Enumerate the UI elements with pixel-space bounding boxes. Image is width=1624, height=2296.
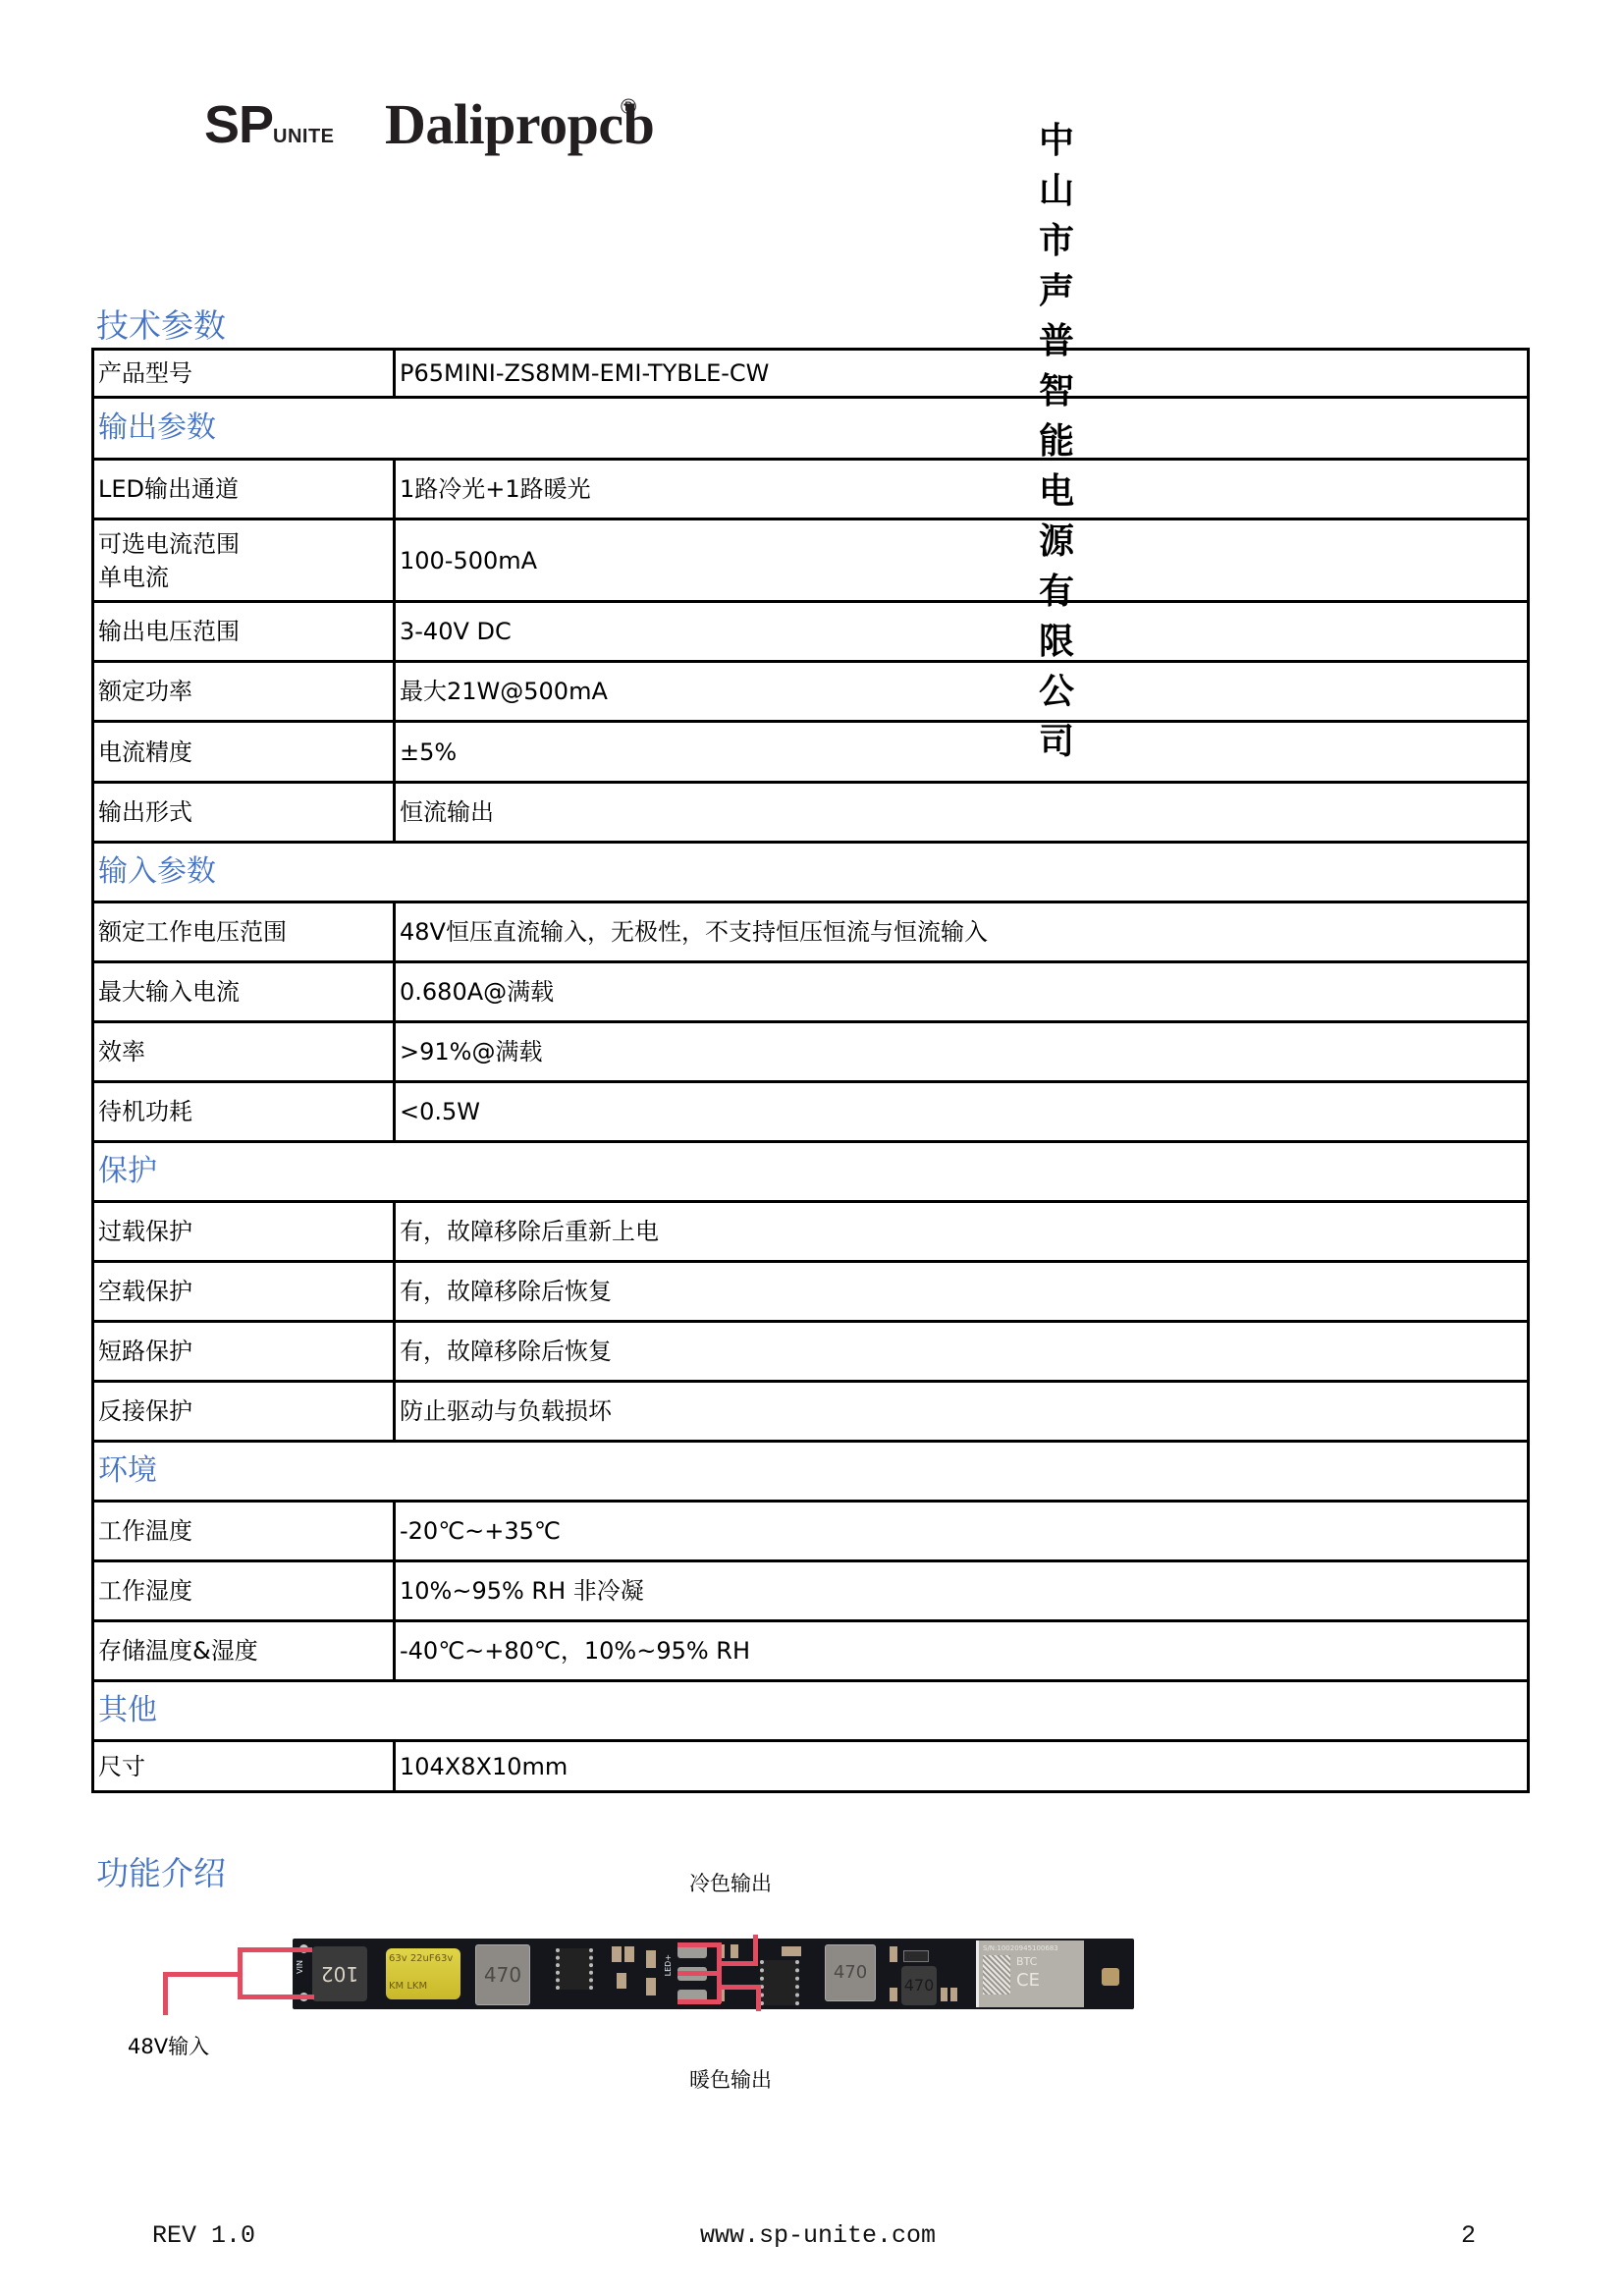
spec-value: 有，故障移除后重新上电 bbox=[395, 1202, 1529, 1262]
spec-value: 防止驱动与负载损坏 bbox=[395, 1382, 1529, 1442]
group-title: 输出参数 bbox=[93, 398, 1529, 460]
input-annotation-line bbox=[238, 1995, 314, 1999]
group-header-protection: 保护 bbox=[93, 1142, 1529, 1202]
group-header-other: 其他 bbox=[93, 1681, 1529, 1741]
spec-value: >91%@满载 bbox=[395, 1022, 1529, 1082]
warm-output-label: 暖色输出 bbox=[689, 2064, 772, 2094]
table-row: 反接保护 防止驱动与负载损坏 bbox=[93, 1382, 1529, 1442]
input-annotation-line bbox=[238, 1947, 312, 1952]
spec-value: ±5% bbox=[395, 722, 1529, 783]
table-row: 工作温度 -20℃~+35℃ bbox=[93, 1502, 1529, 1561]
spec-value: 48V恒压直流输入，无极性，不支持恒压恒流与恒流输入 bbox=[395, 902, 1529, 962]
spec-value: -40℃~+80℃，10%~95% RH bbox=[395, 1621, 1529, 1681]
vin-silk: VIN bbox=[296, 1960, 309, 1974]
smd-component bbox=[617, 1973, 626, 1989]
diode bbox=[903, 1950, 929, 1962]
table-row: 可选电流范围 单电流 100-500mA bbox=[93, 519, 1529, 602]
table-row: 存储温度&湿度 -40℃~+80℃，10%~95% RH bbox=[93, 1621, 1529, 1681]
table-row: LED输出通道 1路冷光+1路暖光 bbox=[93, 460, 1529, 519]
logo-unite: UNITE bbox=[273, 126, 335, 148]
spec-label: 反接保护 bbox=[93, 1382, 395, 1442]
smd-component bbox=[624, 1946, 634, 1962]
logo-sp: SP bbox=[204, 98, 273, 151]
spec-value: 10%~95% RH 非冷凝 bbox=[395, 1561, 1529, 1621]
group-title: 环境 bbox=[93, 1442, 1529, 1502]
table-row: 输出电压范围 3-40V DC bbox=[93, 602, 1529, 662]
table-row: 电流精度 ±5% bbox=[93, 722, 1529, 783]
module-brand: BTC bbox=[1016, 1955, 1040, 1968]
group-header-environment: 环境 bbox=[93, 1442, 1529, 1502]
spec-value: 有，故障移除后恢复 bbox=[395, 1322, 1529, 1382]
output-annotation-line bbox=[677, 1999, 721, 2004]
ce-mark-icon: CE bbox=[1016, 1970, 1040, 1991]
warm-output-line bbox=[756, 1985, 761, 2011]
table-row: 额定功率 最大21W@500mA bbox=[93, 662, 1529, 722]
spec-label: 待机功耗 bbox=[93, 1082, 395, 1142]
smd-component bbox=[890, 1988, 897, 2001]
group-title: 输入参数 bbox=[93, 843, 1529, 902]
spec-value: <0.5W bbox=[395, 1082, 1529, 1142]
spec-table: 产品型号 P65MINI-ZS8MM-EMI-TYBLE-CW 输出参数 LED… bbox=[91, 348, 1530, 1793]
spec-label: 输出电压范围 bbox=[93, 602, 395, 662]
warm-output-line bbox=[717, 1985, 760, 1990]
spec-value: 最大21W@500mA bbox=[395, 662, 1529, 722]
group-title: 保护 bbox=[93, 1142, 1529, 1202]
bluetooth-module: S/N:10020945100683 BTC CE bbox=[976, 1941, 1084, 2007]
qr-code-icon bbox=[983, 1955, 1010, 1995]
table-row: 最大输入电流 0.680A@满载 bbox=[93, 962, 1529, 1022]
website-link[interactable]: www.sp-unite.com bbox=[700, 2221, 936, 2250]
spec-label-line2: 单电流 bbox=[98, 561, 393, 594]
inductor-470: 470 bbox=[825, 1944, 876, 2001]
spec-label: 过载保护 bbox=[93, 1202, 395, 1262]
group-header-output: 输出参数 bbox=[93, 398, 1529, 460]
spec-label: 额定功率 bbox=[93, 662, 395, 722]
spec-label: LED输出通道 bbox=[93, 460, 395, 519]
group-title: 其他 bbox=[93, 1681, 1529, 1741]
spec-label: 工作温度 bbox=[93, 1502, 395, 1561]
smd-component bbox=[782, 1946, 801, 1956]
inductor-102: 102 bbox=[312, 1946, 367, 2001]
table-row: 输出形式 恒流输出 bbox=[93, 783, 1529, 843]
smd-component bbox=[612, 1946, 622, 1962]
table-row: 额定工作电压范围 48V恒压直流输入，无极性，不支持恒压恒流与恒流输入 bbox=[93, 902, 1529, 962]
smd-component bbox=[646, 1950, 656, 1968]
spec-label: 额定工作电压范围 bbox=[93, 902, 395, 962]
spec-section-title: 技术参数 bbox=[96, 301, 226, 347]
input-annotation-line bbox=[163, 1972, 241, 1977]
page-number: 2 bbox=[1461, 2221, 1476, 2250]
smd-component bbox=[646, 1978, 656, 1995]
revision: REV 1.0 bbox=[152, 2221, 255, 2250]
table-row: 产品型号 P65MINI-ZS8MM-EMI-TYBLE-CW bbox=[93, 350, 1529, 398]
spec-label: 存储温度&湿度 bbox=[93, 1621, 395, 1681]
table-row: 工作湿度 10%~95% RH 非冷凝 bbox=[93, 1561, 1529, 1621]
spec-value: 1路冷光+1路暖光 bbox=[395, 460, 1529, 519]
spec-value: 3-40V DC bbox=[395, 602, 1529, 662]
ic-chip bbox=[760, 1960, 799, 2005]
cold-output-line bbox=[717, 1961, 757, 1966]
spec-label: 工作湿度 bbox=[93, 1561, 395, 1621]
smd-component bbox=[731, 1944, 738, 1958]
spec-value: -20℃~+35℃ bbox=[395, 1502, 1529, 1561]
spec-label: 尺寸 bbox=[93, 1741, 395, 1792]
spec-value: P65MINI-ZS8MM-EMI-TYBLE-CW bbox=[395, 350, 1529, 398]
table-row: 尺寸 104X8X10mm bbox=[93, 1741, 1529, 1792]
logo-brand: Dalipropcb bbox=[385, 96, 654, 153]
table-row: 过载保护 有，故障移除后重新上电 bbox=[93, 1202, 1529, 1262]
cold-output-line bbox=[753, 1935, 758, 1966]
cold-output-label: 冷色输出 bbox=[689, 1868, 772, 1897]
spec-value: 100-500mA bbox=[395, 519, 1529, 602]
spec-value: 0.680A@满载 bbox=[395, 962, 1529, 1022]
spec-value: 104X8X10mm bbox=[395, 1741, 1529, 1792]
input-annotation-line bbox=[238, 1947, 243, 1999]
spec-label: 输出形式 bbox=[93, 783, 395, 843]
output-annotation-line bbox=[717, 1942, 722, 2003]
module-serial: S/N:10020945100683 bbox=[983, 1944, 1080, 1952]
table-row: 短路保护 有，故障移除后恢复 bbox=[93, 1322, 1529, 1382]
table-row: 效率 >91%@满载 bbox=[93, 1022, 1529, 1082]
smd-component bbox=[950, 1988, 957, 2001]
spec-label: 可选电流范围 bbox=[98, 527, 393, 561]
spec-label-multiline: 可选电流范围 单电流 bbox=[93, 519, 395, 602]
spec-label: 效率 bbox=[93, 1022, 395, 1082]
smd-component bbox=[941, 1988, 947, 2001]
table-row: 空载保护 有，故障移除后恢复 bbox=[93, 1262, 1529, 1322]
capacitor-rating: 63v 22uF63v bbox=[389, 1953, 453, 1964]
group-header-input: 输入参数 bbox=[93, 843, 1529, 902]
inductor-470: 470 bbox=[475, 1944, 530, 2005]
table-row: 待机功耗 <0.5W bbox=[93, 1082, 1529, 1142]
input-annotation-line bbox=[163, 1972, 168, 2015]
input-label: 48V输入 bbox=[128, 2031, 209, 2060]
antenna-connector-icon bbox=[1102, 1968, 1119, 1986]
spec-value: 有，故障移除后恢复 bbox=[395, 1262, 1529, 1322]
spec-label: 电流精度 bbox=[93, 722, 395, 783]
output-annotation-line bbox=[677, 1942, 721, 1947]
electrolytic-capacitor: 63v 22uF63v KM LKM bbox=[386, 1948, 460, 1999]
capacitor-brand: KM LKM bbox=[389, 1981, 427, 1992]
smd-component bbox=[890, 1946, 897, 1962]
output-annotation-line bbox=[677, 1971, 721, 1976]
led-silk: LED+ bbox=[664, 1954, 672, 1976]
ic-chip bbox=[556, 1948, 593, 1990]
inductor-470-dark: 470 bbox=[901, 1966, 937, 2005]
function-section-title: 功能介绍 bbox=[96, 1848, 226, 1894]
spec-label: 空载保护 bbox=[93, 1262, 395, 1322]
spec-value: 恒流输出 bbox=[395, 783, 1529, 843]
spec-label: 产品型号 bbox=[93, 350, 395, 398]
registered-icon: ® bbox=[621, 94, 636, 120]
spec-label: 最大输入电流 bbox=[93, 962, 395, 1022]
spec-label: 短路保护 bbox=[93, 1322, 395, 1382]
